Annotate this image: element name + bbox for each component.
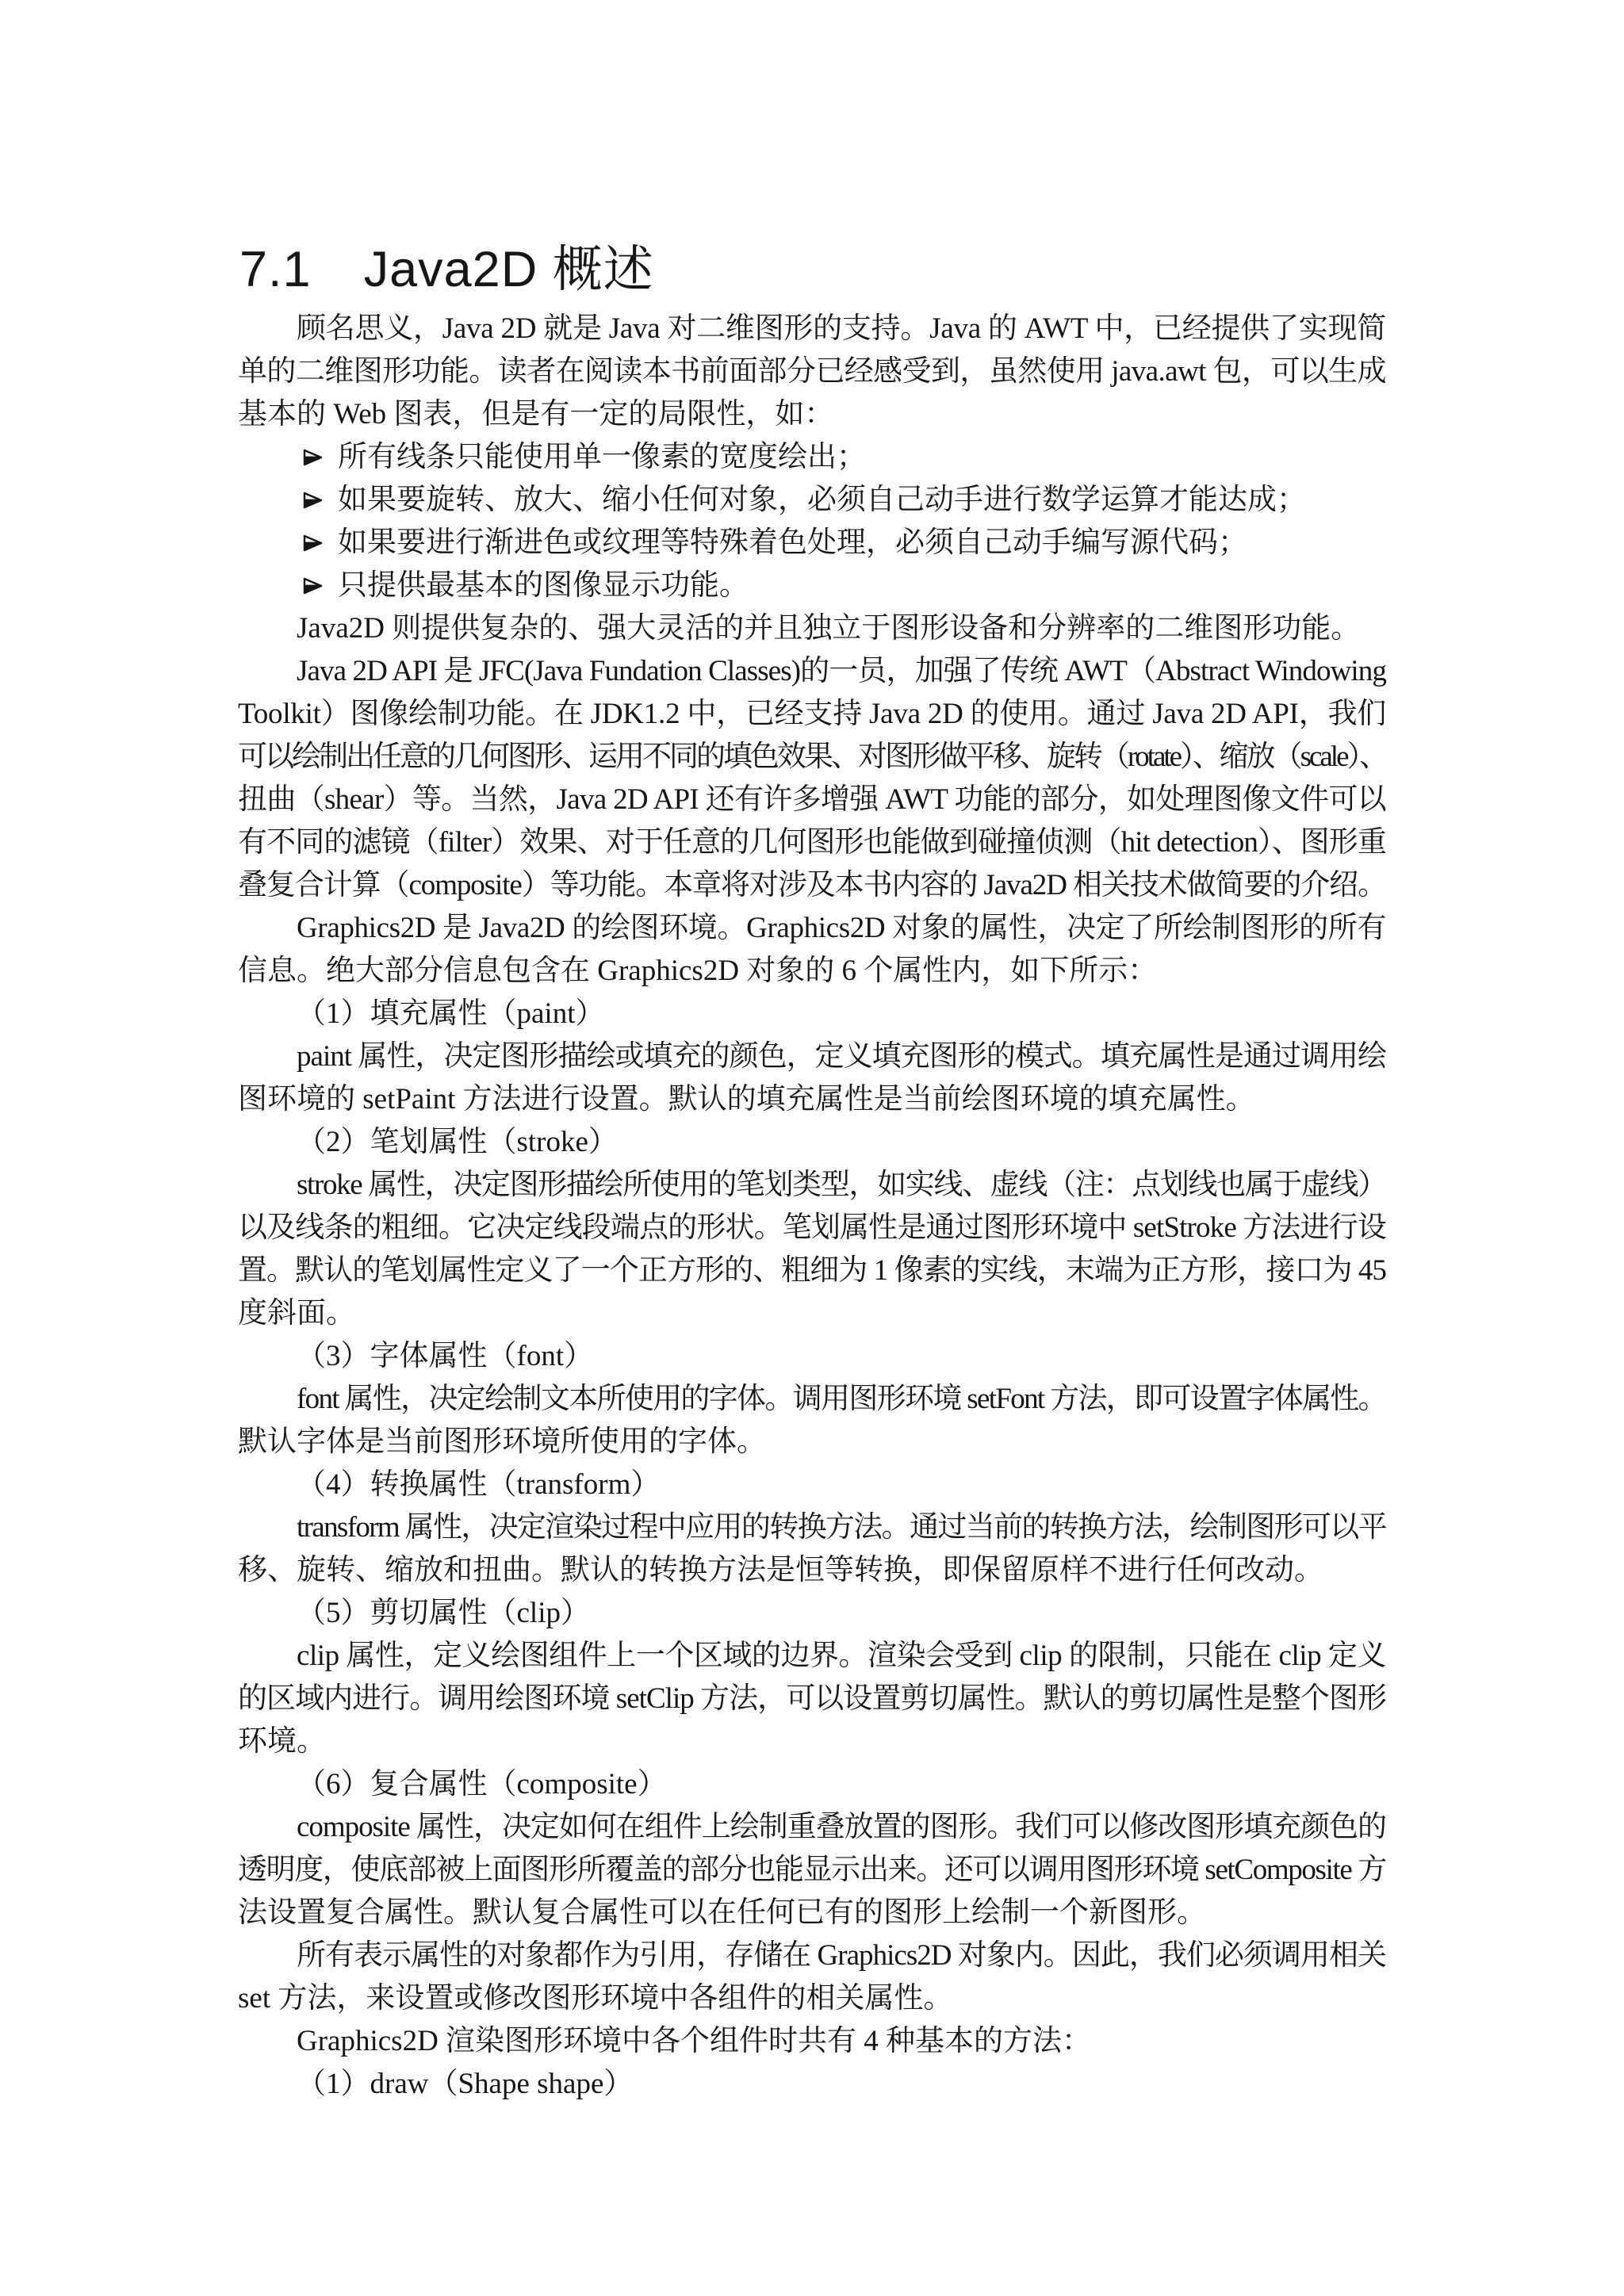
text-line: 图环境的 setPaint 方法进行设置。默认的填充属性是当前绘图环境的填充属性… [238,1078,1386,1121]
bullet-arrow-icon [301,446,324,469]
bullet-item: 只提供最基本的图像显示功能。 [238,564,1386,607]
page-title: 7.1 Java2D 概述 [239,243,654,297]
line-text: Graphics2D 渲染图形环境中各个组件时共有 4 种基本的方法： [297,2020,1091,2063]
text-line: 可以绘制出任意的几何图形、运用不同的填色效果、对图形做平移、旋转（rotate）… [238,736,1386,779]
line-text: 置。默认的笔划属性定义了一个正方形的、粗细为 1 像素的实线，末端为正方形，接口… [238,1249,1386,1292]
text-line: transform 属性，决定渲染过程中应用的转换方法。通过当前的转换方法，绘制… [238,1506,1386,1549]
line-text: （5）剪切属性（clip） [297,1592,590,1635]
subheading-line: （6）复合属性（composite） [238,1763,1386,1806]
text-line: 置。默认的笔划属性定义了一个正方形的、粗细为 1 像素的实线，末端为正方形，接口… [238,1249,1386,1292]
line-text: 如果要旋转、放大、缩小任何对象，必须自己动手进行数学运算才能达成； [338,479,1306,522]
line-text: 所有线条只能使用单一像素的宽度绘出； [338,436,866,479]
line-text: composite 属性，决定如何在组件上绘制重叠放置的图形。我们可以修改图形填… [297,1806,1386,1849]
text-line: composite 属性，决定如何在组件上绘制重叠放置的图形。我们可以修改图形填… [238,1806,1386,1849]
text-line: paint 属性，决定图形描绘或填充的颜色，定义填充图形的模式。填充属性是通过调… [238,1035,1386,1078]
text-line: set 方法，来设置或修改图形环境中各组件的相关属性。 [238,1977,1386,2020]
line-text: clip 属性，定义绘图组件上一个区域的边界。渲染会受到 clip 的限制，只能… [297,1635,1386,1678]
subheading-line: （3）字体属性（font） [238,1335,1386,1378]
text-line: 环境。 [238,1720,1386,1763]
bullet-item: 所有线条只能使用单一像素的宽度绘出； [238,436,1386,479]
text-line: Java 2D API 是 JFC(Java Fundation Classes… [238,650,1386,693]
text-line: 单的二维图形功能。读者在阅读本书前面部分已经感受到，虽然使用 java.awt … [238,350,1386,393]
document-body: 顾名思义，Java 2D 就是 Java 对二维图形的支持。Java 的 AWT… [238,308,1386,2106]
text-line: 度斜面。 [238,1292,1386,1335]
line-text: 信息。绝大部分信息包含在 Graphics2D 对象的 6 个属性内，如下所示： [238,950,1157,993]
text-line: font 属性，决定绘制文本所使用的字体。调用图形环境 setFont 方法，即… [238,1378,1386,1421]
text-line: Java2D 则提供复杂的、强大灵活的并且独立于图形设备和分辨率的二维图形功能。 [238,607,1386,650]
line-text: 环境。 [238,1720,326,1763]
subheading-line: （1）填充属性（paint） [238,993,1386,1035]
line-text: 基本的 Web 图表，但是有一定的局限性，如： [238,393,833,436]
line-text: 法设置复合属性。默认复合属性可以在任何已有的图形上绘制一个新图形。 [238,1892,1206,1934]
bullet-arrow-icon [301,531,324,555]
bullet-arrow-icon [301,574,324,598]
bullet-item: 如果要进行渐进色或纹理等特殊着色处理，必须自己动手编写源代码； [238,522,1386,564]
line-text: 叠复合计算（composite）等功能。本章将对涉及本书内容的 Java2D 相… [238,864,1386,907]
line-text: （6）复合属性（composite） [297,1763,667,1806]
line-text: 移、旋转、缩放和扭曲。默认的转换方法是恒等转换，即保留原样不进行任何改动。 [238,1549,1323,1592]
section-title: Java2D 概述 [364,243,654,297]
subheading-line: （4）转换属性（transform） [238,1464,1386,1506]
line-text: 图环境的 setPaint 方法进行设置。默认的填充属性是当前绘图环境的填充属性… [238,1078,1255,1121]
subheading-line: （2）笔划属性（stroke） [238,1121,1386,1164]
text-line: Graphics2D 渲染图形环境中各个组件时共有 4 种基本的方法： [238,2020,1386,2063]
line-text: （3）字体属性（font） [297,1335,593,1378]
line-text: Toolkit）图像绘制功能。在 JDK1.2 中，已经支持 Java 2D 的… [238,693,1386,736]
line-text: 默认字体是当前图形环境所使用的字体。 [238,1421,766,1464]
text-line: 法设置复合属性。默认复合属性可以在任何已有的图形上绘制一个新图形。 [238,1892,1386,1934]
line-text: Graphics2D 是 Java2D 的绘图环境。Graphics2D 对象的… [297,907,1386,950]
text-line: 的区域内进行。调用绘图环境 setClip 方法，可以设置剪切属性。默认的剪切属… [238,1678,1386,1720]
text-line: 基本的 Web 图表，但是有一定的局限性，如： [238,393,1386,436]
text-line: Toolkit）图像绘制功能。在 JDK1.2 中，已经支持 Java 2D 的… [238,693,1386,736]
line-text: font 属性，决定绘制文本所使用的字体。调用图形环境 setFont 方法，即… [297,1378,1386,1421]
bullet-arrow-icon [301,488,324,512]
text-line: 信息。绝大部分信息包含在 Graphics2D 对象的 6 个属性内，如下所示： [238,950,1386,993]
text-line: clip 属性，定义绘图组件上一个区域的边界。渲染会受到 clip 的限制，只能… [238,1635,1386,1678]
line-text: Java2D 则提供复杂的、强大灵活的并且独立于图形设备和分辨率的二维图形功能。 [297,607,1360,650]
line-text: 只提供最基本的图像显示功能。 [338,564,749,607]
text-line: 扭曲（shear）等。当然，Java 2D API 还有许多增强 AWT 功能的… [238,779,1386,821]
line-text: Java 2D API 是 JFC(Java Fundation Classes… [297,650,1386,693]
line-text: 扭曲（shear）等。当然，Java 2D API 还有许多增强 AWT 功能的… [238,779,1386,821]
line-text: 透明度，使底部被上面图形所覆盖的部分也能显示出来。还可以调用图形环境 setCo… [238,1849,1386,1892]
line-text: 以及线条的粗细。它决定线段端点的形状。笔划属性是通过图形环境中 setStrok… [238,1207,1386,1249]
section-number: 7.1 [239,243,312,297]
line-text: paint 属性，决定图形描绘或填充的颜色，定义填充图形的模式。填充属性是通过调… [297,1035,1386,1078]
line-text: 的区域内进行。调用绘图环境 setClip 方法，可以设置剪切属性。默认的剪切属… [238,1678,1386,1720]
line-text: （1）draw（Shape shape） [297,2063,633,2106]
text-line: 所有表示属性的对象都作为引用，存储在 Graphics2D 对象内。因此，我们必… [238,1934,1386,1977]
text-line: 默认字体是当前图形环境所使用的字体。 [238,1421,1386,1464]
line-text: transform 属性，决定渲染过程中应用的转换方法。通过当前的转换方法，绘制… [297,1506,1386,1549]
text-line: 叠复合计算（composite）等功能。本章将对涉及本书内容的 Java2D 相… [238,864,1386,907]
line-text: 所有表示属性的对象都作为引用，存储在 Graphics2D 对象内。因此，我们必… [297,1934,1386,1977]
text-line: 移、旋转、缩放和扭曲。默认的转换方法是恒等转换，即保留原样不进行任何改动。 [238,1549,1386,1592]
text-line: 以及线条的粗细。它决定线段端点的形状。笔划属性是通过图形环境中 setStrok… [238,1207,1386,1249]
line-text: 如果要进行渐进色或纹理等特殊着色处理，必须自己动手编写源代码； [338,522,1247,564]
line-text: （2）笔划属性（stroke） [297,1121,618,1164]
text-line: stroke 属性，决定图形描绘所使用的笔划类型，如实线、虚线（注：点划线也属于… [238,1164,1386,1207]
subheading-line: （5）剪切属性（clip） [238,1592,1386,1635]
text-line: 有不同的滤镜（filter）效果、对于任意的几何图形也能做到碰撞侦测（hit d… [238,821,1386,864]
line-text: （1）填充属性（paint） [297,993,604,1035]
text-line: 透明度，使底部被上面图形所覆盖的部分也能显示出来。还可以调用图形环境 setCo… [238,1849,1386,1892]
line-text: set 方法，来设置或修改图形环境中各组件的相关属性。 [238,1977,952,2020]
line-text: stroke 属性，决定图形描绘所使用的笔划类型，如实线、虚线（注：点划线也属于… [297,1164,1386,1207]
line-text: 可以绘制出任意的几何图形、运用不同的填色效果、对图形做平移、旋转（rotate）… [238,736,1386,779]
line-text: 顾名思义，Java 2D 就是 Java 对二维图形的支持。Java 的 AWT… [297,308,1386,350]
subheading-line: （1）draw（Shape shape） [238,2063,1386,2106]
line-text: 单的二维图形功能。读者在阅读本书前面部分已经感受到，虽然使用 java.awt … [238,350,1386,393]
line-text: 有不同的滤镜（filter）效果、对于任意的几何图形也能做到碰撞侦测（hit d… [238,821,1386,864]
line-text: （4）转换属性（transform） [297,1464,660,1506]
book-page: { "page": { "background": "#ffffff", "te… [0,0,1624,2296]
bullet-item: 如果要旋转、放大、缩小任何对象，必须自己动手进行数学运算才能达成； [238,479,1386,522]
text-line: 顾名思义，Java 2D 就是 Java 对二维图形的支持。Java 的 AWT… [238,308,1386,350]
line-text: 度斜面。 [238,1292,355,1335]
text-line: Graphics2D 是 Java2D 的绘图环境。Graphics2D 对象的… [238,907,1386,950]
